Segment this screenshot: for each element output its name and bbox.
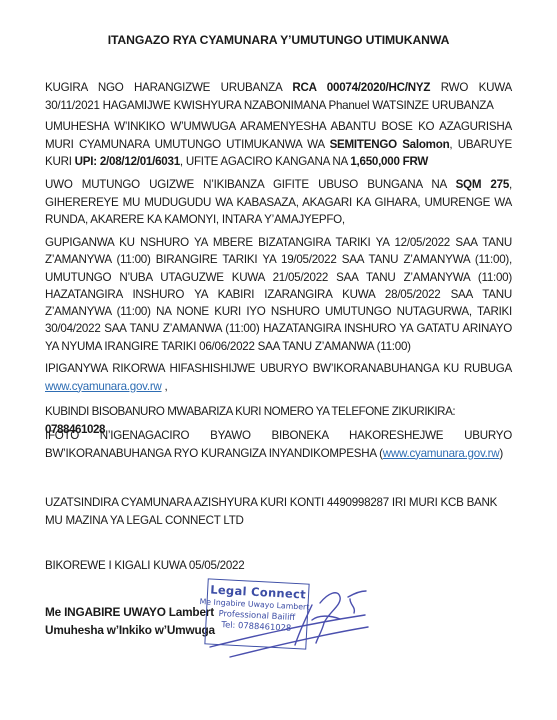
text: KUBINDI BISOBANURO MWABARIZA KURI NOMERO… bbox=[45, 405, 455, 418]
upi-number: UPI: 2/08/12/01/6031 bbox=[75, 155, 180, 168]
paragraph-property-owner: UMUHESHA W’INKIKO W’UMWUGA ARAMENYESHA A… bbox=[45, 118, 512, 171]
paragraph-online-bidding: IPIGANYWA RIKORWA HIFASHISHIJWE UBURYO B… bbox=[45, 360, 512, 395]
text: , bbox=[162, 380, 168, 393]
text: UWO MUTUNGO UGIZWE N’IKIBANZA GIFITE UBU… bbox=[45, 178, 456, 191]
paragraph-location: UWO MUTUNGO UGIZWE N’IKIBANZA GIFITE UBU… bbox=[45, 176, 512, 229]
text: , UFITE AGACIRO KANGANA NA bbox=[180, 155, 350, 168]
text: ) bbox=[499, 447, 503, 460]
property-area: SQM 275 bbox=[456, 178, 509, 191]
text: IPIGANYWA RIKORWA HIFASHISHIJWE UBURYO B… bbox=[45, 362, 512, 375]
text: KUGIRA NGO HARANGIZWE URUBANZA bbox=[45, 81, 292, 94]
handwritten-signature-icon bbox=[200, 575, 370, 660]
paragraph-photos: IFOTO N’IGENAGACIRO BYAWO BIBONEKA HAKOR… bbox=[45, 427, 512, 462]
case-number: RCA 00074/2020/HC/NYZ bbox=[292, 81, 430, 94]
signatory-role: Umuhesha w’Inkiko w’Umwuga bbox=[45, 621, 215, 639]
date-line: BIKOREWE I KIGALI KUWA 05/05/2022 bbox=[45, 557, 512, 575]
owner-name: SEMITENGO Salomon bbox=[330, 138, 450, 151]
property-value: 1,650,000 FRW bbox=[350, 155, 428, 168]
text: WATSINZE URUBANZA bbox=[369, 99, 493, 112]
cyamunara-link-2[interactable]: www.cyamunara.gov.rw bbox=[383, 447, 500, 460]
text: Phanuel bbox=[328, 99, 369, 112]
document-title: ITANGAZO RYA CYAMUNARA Y’UMUTUNGO UTIMUK… bbox=[0, 33, 557, 47]
paragraph-auction-schedule: GUPIGANWA KU NSHURO YA MBERE BIZATANGIRA… bbox=[45, 234, 512, 355]
paragraph-payment: UZATSINDIRA CYAMUNARA AZISHYURA KURI KON… bbox=[45, 494, 512, 529]
signature-block: Me INGABIRE UWAYO Lambert Umuhesha w’Ink… bbox=[45, 603, 215, 639]
cyamunara-link[interactable]: www.cyamunara.gov.rw bbox=[45, 380, 162, 393]
paragraph-case: KUGIRA NGO HARANGIZWE URUBANZA RCA 00074… bbox=[45, 79, 512, 114]
announcement-page: ITANGAZO RYA CYAMUNARA Y’UMUTUNGO UTIMUK… bbox=[0, 0, 557, 720]
signatory-name: Me INGABIRE UWAYO Lambert bbox=[45, 603, 215, 621]
